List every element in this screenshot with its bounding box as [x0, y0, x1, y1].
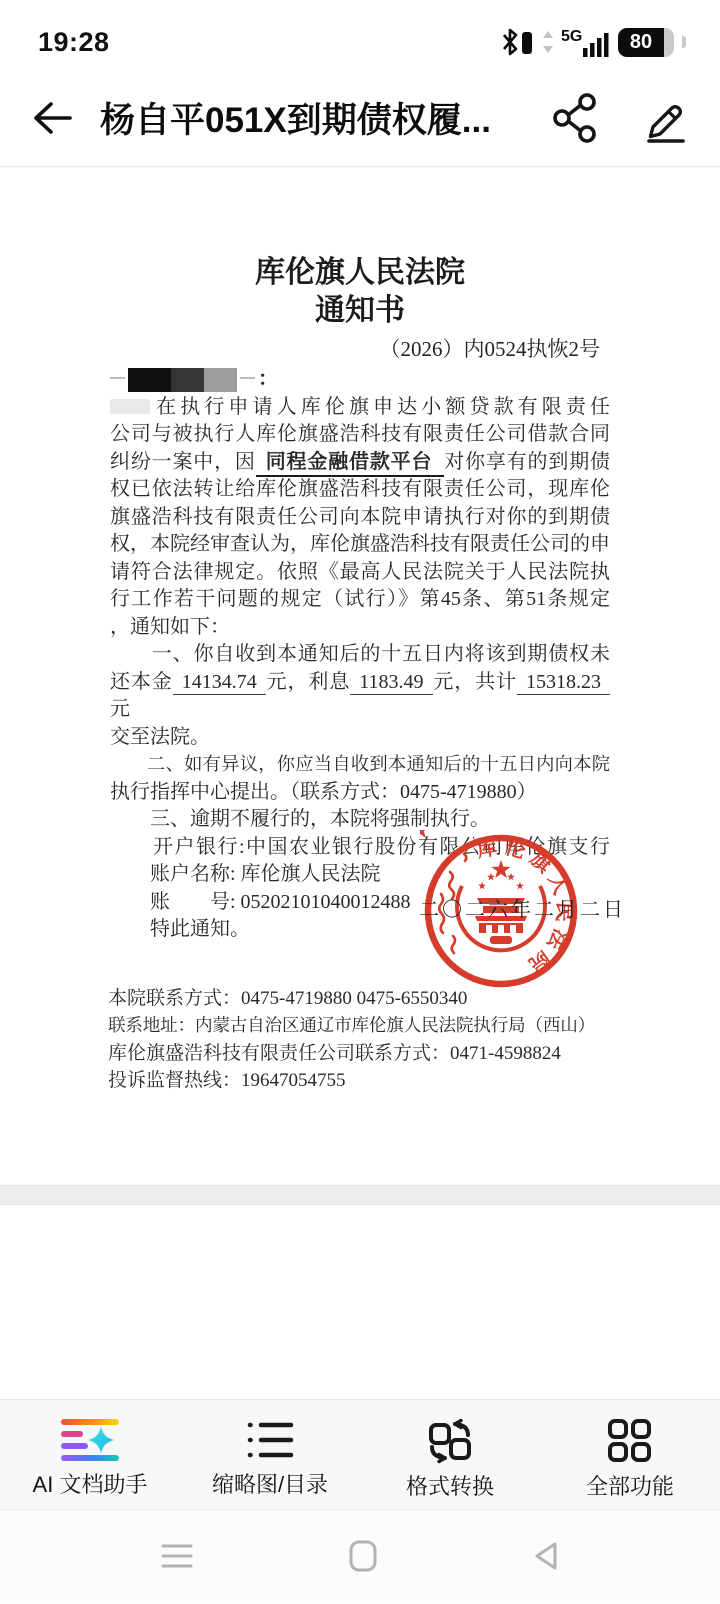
battery-percent: 80 [618, 28, 664, 57]
redaction-box [240, 377, 255, 379]
doc-text: 请符合法律规定。依照《最高人民法院关于人民法院执 [110, 561, 610, 583]
doc-text: 1183.49 [350, 671, 432, 695]
doc-line: 交至法院。 [110, 724, 610, 752]
document-body: ：在执行申请人库伦旗申达小额贷款有限责任公司与被执行人库伦旗盛浩科技有限责任公司… [0, 366, 720, 944]
doc-text: 14134.74 [173, 671, 266, 695]
system-navbar [0, 1509, 720, 1601]
doc-text: 还本金 [110, 671, 173, 693]
all-features-icon [606, 1418, 654, 1464]
doc-text: 账 号: 05202101040012488 [110, 891, 411, 913]
status-time: 19:28 [38, 27, 110, 58]
case-number: （2026）内0524执恢2号 [110, 337, 600, 361]
doc-line: 公司与被执行人库伦旗盛浩科技有限责任公司借款合同 [110, 421, 610, 449]
share-icon [552, 92, 598, 144]
recent-apps-icon [160, 1542, 194, 1570]
doc-text: 一、你自收到本通知后的十五日内将该到期债权未 [110, 643, 610, 665]
redaction-box [204, 368, 237, 392]
doc-line: 请符合法律规定。依照《最高人民法院关于人民法院执 [110, 559, 610, 587]
doc-line: 行工作若干问题的规定（试行）》第45条、第51条规定 [110, 586, 610, 614]
doc-text: 二、如有异议，你应当自收到本通知后的十五日内向本院 [110, 754, 610, 774]
doc-text: 公司与被执行人库伦旗盛浩科技有限责任公司借款合同 [110, 423, 610, 445]
doc-text: 特此通知。 [110, 918, 250, 940]
status-icons: 5G 80 [495, 26, 686, 58]
redaction-box [110, 377, 125, 379]
doc-text: 15318.23 [517, 671, 610, 695]
doc-line: 旗盛浩科技有限责任公司向本院申请执行对你的到期债 [110, 504, 610, 532]
doc-text: 行工作若干问题的规定（试行）》第45条、第51条规定 [110, 588, 610, 610]
doc-line: 权，本院经审查认为，库伦旗盛浩科技有限责任公司的申 [110, 531, 610, 559]
doc-text: 三、逾期不履行的，本院将强制执行。 [110, 808, 490, 830]
notice-heading: 通知书 [0, 292, 720, 330]
format-convert-icon [426, 1418, 474, 1464]
format-convert-button[interactable]: 格式转换 [360, 1418, 540, 1501]
doc-text: ： [258, 368, 278, 390]
signal-5g-icon: 5G [561, 26, 611, 58]
contact-line: 投诉监督热线：19647054755 [108, 1067, 612, 1095]
back-nav-button[interactable] [532, 1540, 560, 1572]
ai-doc-assistant-button[interactable]: AI 文档助手 [0, 1418, 180, 1499]
document-page-2 [0, 1205, 720, 1399]
doc-text: 纠纷一案中，因 [110, 451, 256, 473]
bluetooth-icon [495, 26, 535, 58]
ai-assistant-icon [57, 1418, 123, 1462]
doc-text: 权，本院经审查认为，库伦旗盛浩科技有限责任公司的申 [110, 533, 610, 555]
app-screen: 19:28 5G 80 [0, 0, 720, 1604]
doc-line: 二、如有异议，你应当自收到本通知后的十五日内向本院 [110, 751, 610, 779]
back-arrow-icon [30, 98, 74, 138]
tool-label: 格式转换 [406, 1470, 494, 1501]
battery-nub [682, 36, 686, 48]
doc-line: 纠纷一案中，因同程金融借款平台对你享有的到期债 [110, 449, 610, 477]
doc-line: 在执行申请人库伦旗申达小额贷款有限责任 [110, 394, 610, 422]
doc-line: ，通知如下： [110, 614, 610, 642]
doc-text: 账户名称: 库伦旗人民法院 [110, 863, 381, 885]
doc-text: 执行指挥中心提出。（联系方式：0475-4719880） [110, 781, 537, 803]
doc-line: 还本金14134.74元，利息1183.49元，共计15318.23元 [110, 669, 610, 724]
svg-text:5G: 5G [561, 28, 582, 45]
redaction-box [171, 368, 204, 392]
page-gap [0, 1185, 720, 1205]
document-title-text: 杨自平051X到期债权履... [100, 93, 552, 143]
doc-text: ，通知如下： [110, 616, 230, 638]
tool-label: 缩略图/目录 [212, 1468, 328, 1499]
all-features-button[interactable]: 全部功能 [540, 1418, 720, 1501]
doc-text: 权已依法转让给库伦旗盛浩科技有限责任公司，现库伦 [110, 478, 610, 500]
contact-line: 联系地址：内蒙古自治区通辽市库伦旗人民法院执行局（西山） [108, 1012, 612, 1040]
share-button[interactable] [552, 92, 598, 144]
contact-line: 库伦旗盛浩科技有限责任公司联系方式：0471-4598824 [108, 1040, 612, 1068]
document-viewer[interactable]: 库伦旗人民法院 通知书 （2026）内0524执恢2号 ：在执行申请人库伦旗申达… [0, 167, 720, 1399]
court-name-heading: 库伦旗人民法院 [0, 254, 720, 292]
document-page-1: 库伦旗人民法院 通知书 （2026）内0524执恢2号 ：在执行申请人库伦旗申达… [0, 167, 720, 1185]
doc-text: 同程金融借款平台 [256, 451, 445, 477]
doc-text: 在执行申请人库伦旗申达小额贷款有限责任 [152, 396, 610, 418]
contact-info-block: 本院联系方式：0475-4719880 0475-6550340联系地址：内蒙古… [0, 985, 720, 1095]
edit-pencil-icon [636, 91, 688, 145]
status-bar: 19:28 5G 80 [0, 0, 720, 70]
doc-text: 元，共计 [433, 671, 518, 693]
thumbnail-toc-button[interactable]: 缩略图/目录 [180, 1418, 360, 1499]
title-bar: 杨自平051X到期债权履... [0, 70, 720, 167]
doc-line: 执行指挥中心提出。（联系方式：0475-4719880） [110, 779, 610, 807]
battery-icon: 80 [618, 28, 674, 57]
doc-text: 对你享有的到期债 [444, 451, 610, 473]
edit-button[interactable] [636, 91, 688, 145]
recent-apps-button[interactable] [160, 1542, 194, 1570]
doc-line: 权已依法转让给库伦旗盛浩科技有限责任公司，现库伦 [110, 476, 610, 504]
bottom-toolbar: AI 文档助手 缩略图/目录 [0, 1399, 720, 1509]
thumbnail-toc-icon [246, 1418, 294, 1462]
home-icon [348, 1539, 378, 1573]
tool-label: 全部功能 [586, 1470, 674, 1501]
doc-text: 交至法院。 [110, 726, 210, 748]
data-arrows-icon [542, 29, 554, 55]
tool-label: AI 文档助手 [33, 1468, 148, 1499]
battery-remaining [664, 28, 674, 57]
redaction-box [110, 399, 150, 414]
doc-line: 一、你自收到本通知后的十五日内将该到期债权未 [110, 641, 610, 669]
doc-line: ： [110, 366, 610, 394]
redaction-box [128, 368, 171, 392]
doc-text: 元 [110, 698, 130, 720]
back-triangle-icon [532, 1540, 560, 1572]
back-button[interactable] [30, 98, 74, 138]
document-date: 二〇二六年二月二日 [419, 893, 626, 922]
home-button[interactable] [348, 1539, 378, 1573]
doc-text: 元，利息 [266, 671, 351, 693]
doc-text: 旗盛浩科技有限责任公司向本院申请执行对你的到期债 [110, 506, 610, 528]
